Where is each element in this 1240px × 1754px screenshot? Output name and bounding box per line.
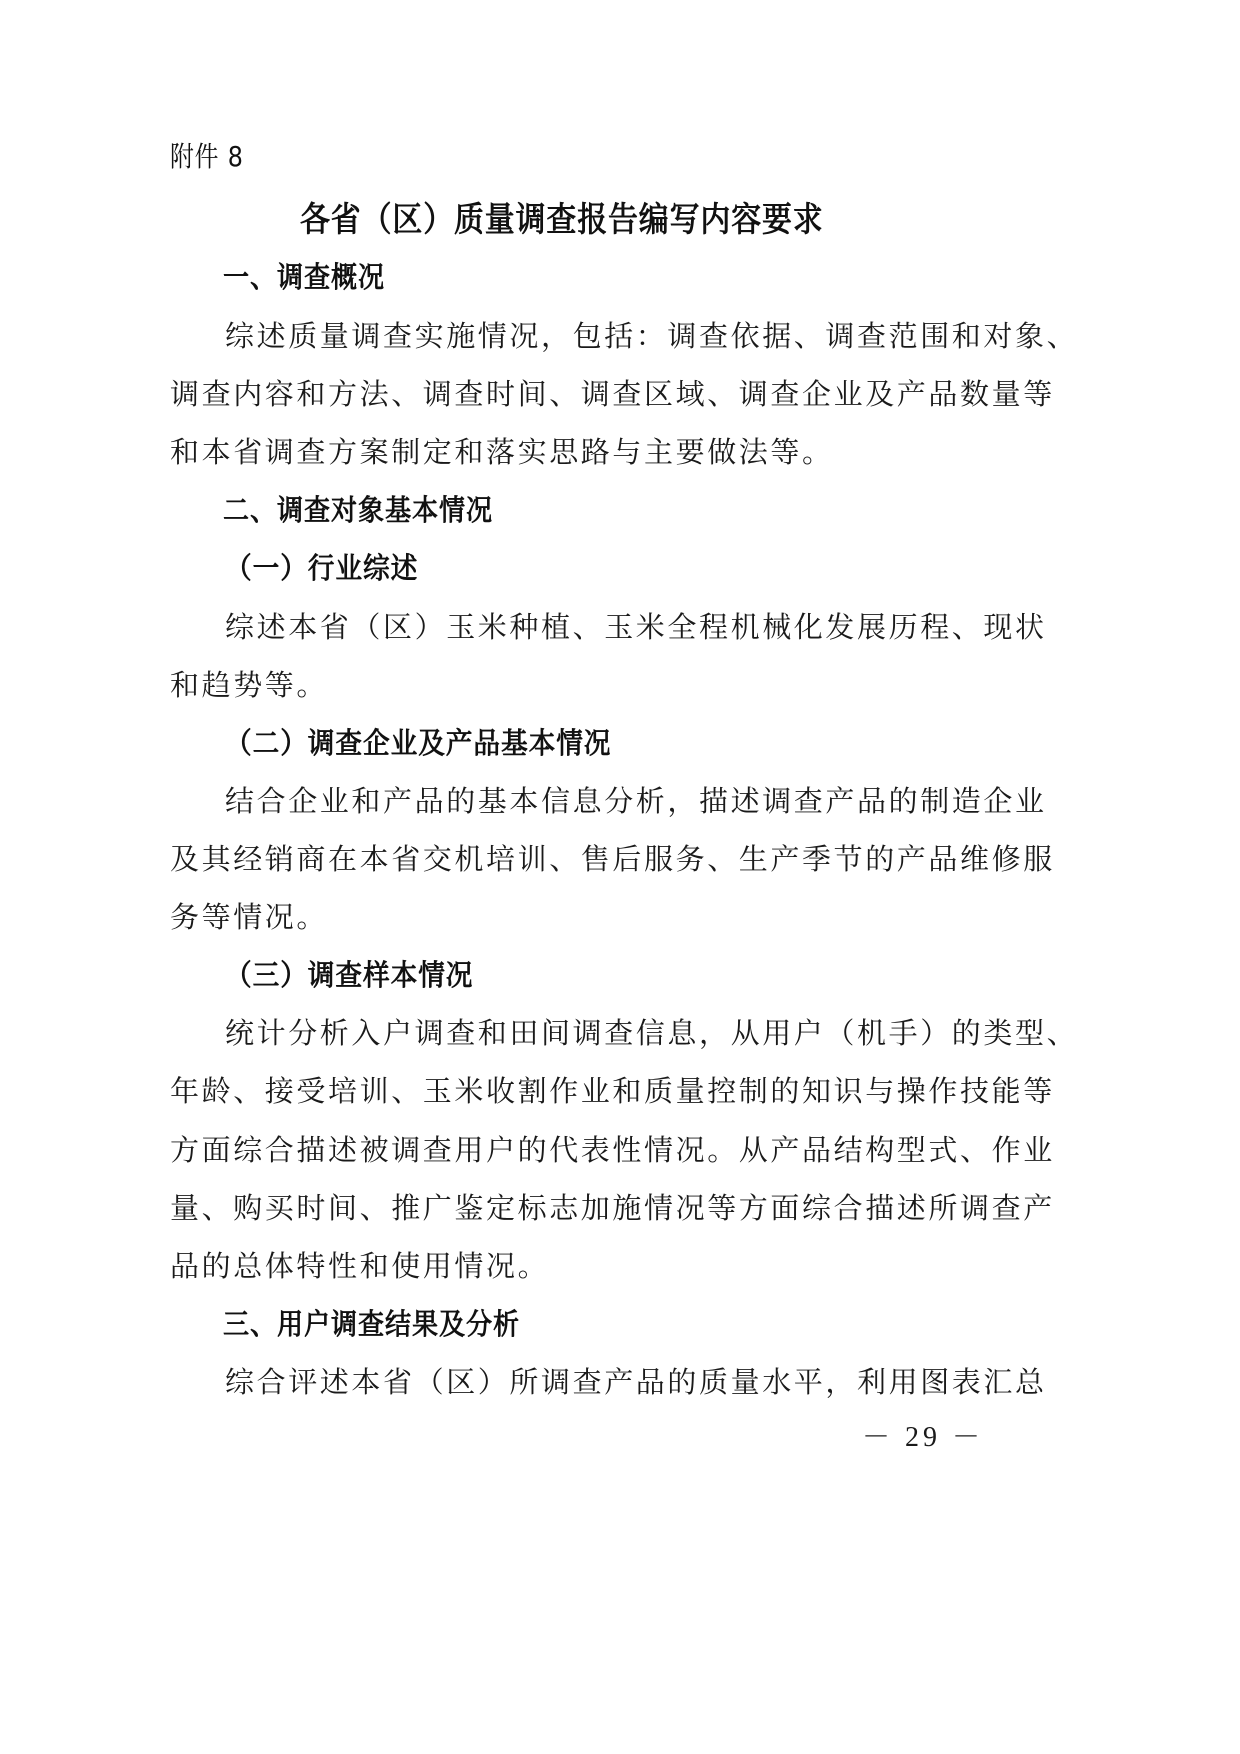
document-page: 附件 8 各省（区）质量调查报告编写内容要求 一、调查概况 综述质量调查实施情况… bbox=[0, 0, 1240, 1754]
subsection-2-3-paragraph-line-4: 量、购买时间、推广鉴定标志加施情况等方面综合描述所调查产 bbox=[170, 1194, 1055, 1223]
section-1-heading: 一、调查概况 bbox=[223, 263, 385, 292]
subsection-2-3-paragraph-line-3: 方面综合描述被调查用户的代表性情况。从产品结构型式、作业 bbox=[170, 1136, 1055, 1165]
subsection-2-1-paragraph-line-2: 和趋势等。 bbox=[170, 671, 328, 700]
section-3-paragraph-line-1: 综合评述本省（区）所调查产品的质量水平，利用图表汇总 bbox=[225, 1368, 1047, 1397]
subsection-2-3-paragraph-line-1: 统计分析入户调查和田间调查信息，从用户（机手）的类型、 bbox=[225, 1019, 1078, 1048]
section-1-paragraph-line-1: 综述质量调查实施情况，包括：调查依据、调查范围和对象、 bbox=[225, 322, 1078, 351]
subsection-2-2-heading: （二）调查企业及产品基本情况 bbox=[225, 729, 611, 758]
subsection-2-1-paragraph-line-1: 综述本省（区）玉米种植、玉米全程机械化发展历程、现状 bbox=[225, 613, 1047, 642]
section-3-heading: 三、用户调查结果及分析 bbox=[223, 1310, 520, 1339]
subsection-2-3-heading: （三）调查样本情况 bbox=[225, 961, 473, 990]
subsection-2-2-paragraph-line-1: 结合企业和产品的基本信息分析，描述调查产品的制造企业 bbox=[225, 787, 1047, 816]
section-1-paragraph-line-3: 和本省调查方案制定和落实思路与主要做法等。 bbox=[170, 438, 834, 467]
subsection-2-3-paragraph-line-2: 年龄、接受培训、玉米收割作业和质量控制的知识与操作技能等 bbox=[170, 1077, 1055, 1106]
subsection-2-1-heading: （一）行业综述 bbox=[225, 554, 418, 583]
document-title: 各省（区）质量调查报告编写内容要求 bbox=[300, 203, 824, 237]
section-1-paragraph-line-2: 调查内容和方法、调查时间、调查区域、调查企业及产品数量等 bbox=[170, 380, 1055, 409]
subsection-2-2-paragraph-line-3: 务等情况。 bbox=[170, 903, 328, 932]
subsection-2-3-paragraph-line-5: 品的总体特性和使用情况。 bbox=[170, 1252, 549, 1281]
section-2-heading: 二、调查对象基本情况 bbox=[223, 496, 493, 525]
page-number: － 29 － bbox=[862, 1424, 984, 1452]
subsection-2-2-paragraph-line-2: 及其经销商在本省交机培训、售后服务、生产季节的产品维修服 bbox=[170, 845, 1055, 874]
attachment-label: 附件 8 bbox=[170, 143, 244, 171]
